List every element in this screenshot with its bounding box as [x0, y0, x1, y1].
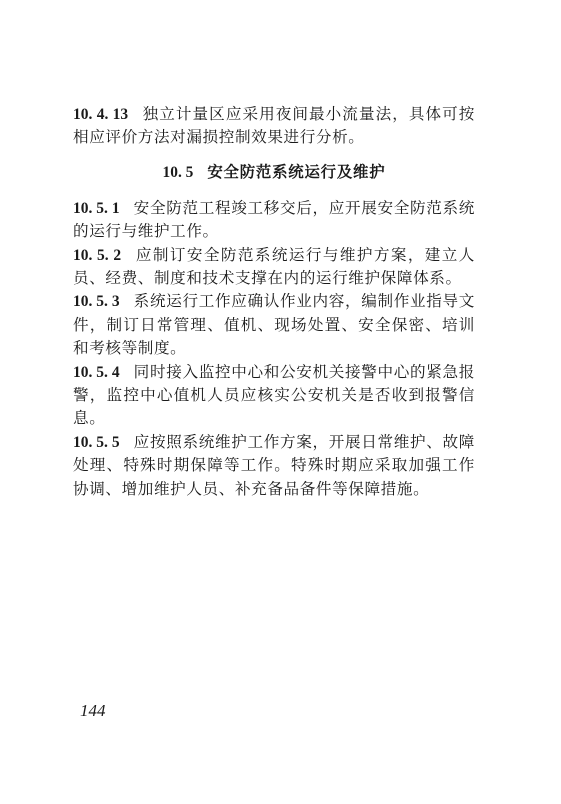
clause-number: 10. 5. 2 [73, 247, 121, 264]
clause-10-5-2: 10. 5. 2应制订安全防范系统运行与维护方案，建立人员、经费、制度和技术支撑… [73, 244, 475, 291]
clause-number: 10. 5. 5 [73, 434, 120, 451]
clause-10-5-5: 10. 5. 5应按照系统维护工作方案，开展日常维护、故障处理、特殊时期保障等工… [73, 431, 475, 501]
section-heading: 10. 5安全防范系统运行及维护 [73, 161, 475, 184]
clause-10-5-1: 10. 5. 1安全防范工程竣工移交后，应开展安全防范系统的运行与维护工作。 [73, 197, 475, 244]
clause-10-5-3: 10. 5. 3系统运行工作应确认作业内容，编制作业指导文件，制订日常管理、值机… [73, 290, 475, 360]
clause-10-5-4: 10. 5. 4同时接入监控中心和公安机关接警中心的紧急报警，监控中心值机人员应… [73, 361, 475, 431]
clause-text: 同时接入监控中心和公安机关接警中心的紧急报警，监控中心值机人员应核实公安机关是否… [73, 363, 475, 428]
clause-number: 10. 5. 3 [73, 293, 120, 310]
clause-number: 10. 5. 4 [73, 364, 120, 381]
section-number: 10. 5 [163, 164, 194, 181]
page-body: 10. 4. 13独立计量区应采用夜间最小流量法，具体可按相应评价方法对漏损控制… [73, 103, 475, 501]
clause-text: 应制订安全防范系统运行与维护方案，建立人员、经费、制度和技术支撑在内的运行维护保… [73, 246, 475, 287]
section-title-text: 安全防范系统运行及维护 [207, 163, 385, 181]
page-number: 144 [80, 701, 106, 721]
clause-10-4-13: 10. 4. 13独立计量区应采用夜间最小流量法，具体可按相应评价方法对漏损控制… [73, 103, 475, 150]
clause-text: 独立计量区应采用夜间最小流量法，具体可按相应评价方法对漏损控制效果进行分析。 [73, 105, 475, 146]
clause-text: 系统运行工作应确认作业内容，编制作业指导文件，制订日常管理、值机、现场处置、安全… [73, 292, 475, 357]
clause-number: 10. 5. 1 [73, 200, 120, 217]
clause-text: 安全防范工程竣工移交后，应开展安全防范系统的运行与维护工作。 [73, 199, 475, 240]
clause-number: 10. 4. 13 [73, 106, 128, 123]
clause-text: 应按照系统维护工作方案，开展日常维护、故障处理、特殊时期保障等工作。特殊时期应采… [73, 433, 475, 498]
